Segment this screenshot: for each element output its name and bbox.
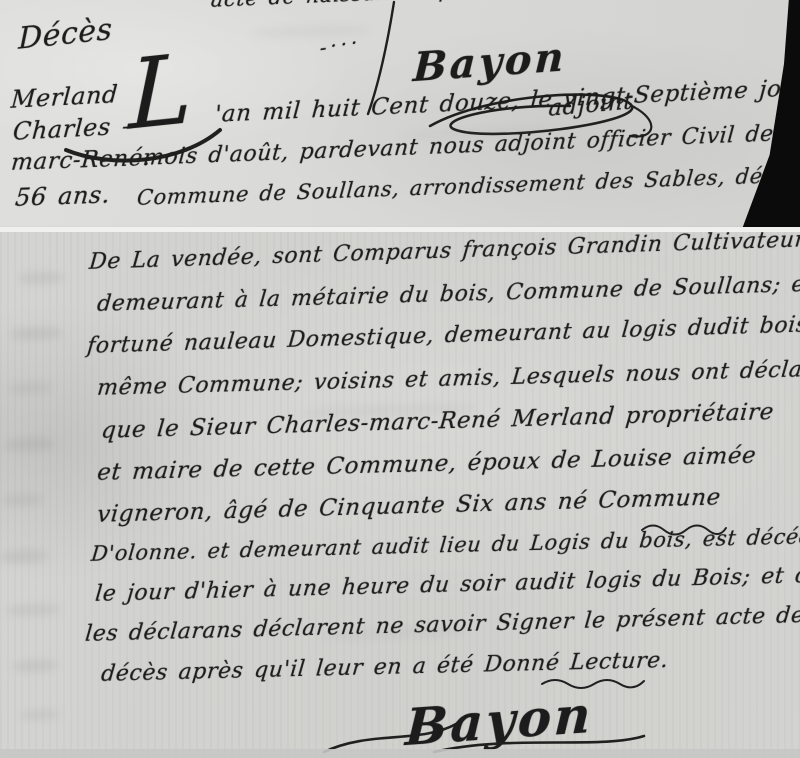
ink-bleed-smudge (6, 603, 60, 617)
ink-bleed-smudge (18, 271, 64, 285)
manuscript-line: même Commune; voisins et amis, Lesquels … (96, 357, 800, 401)
ink-bleed-smudge (10, 326, 62, 341)
manuscript-line: et maire de cette Commune, époux de Loui… (96, 443, 758, 486)
margin-line: 56 ans. (14, 181, 111, 212)
scanned-document-page: acte de naissance après que lecture leur… (0, 0, 800, 758)
manuscript-line: le jour d'hier à une heure du soir audit… (94, 563, 800, 607)
manuscript-line: vigneron, âgé de Cinquante Six ans né Co… (96, 485, 722, 528)
bottom-fragment: De La vendée, sont Comparus françois Gra… (0, 232, 800, 758)
ink-bleed-smudge (20, 709, 60, 720)
page-edge-shadow (720, 0, 800, 228)
scan-edge-strip (0, 749, 800, 758)
manuscript-line: demeurant à la métairie du bois, Commune… (96, 272, 800, 317)
ink-bleed-smudge (4, 437, 54, 452)
manuscript-line: les déclarans déclarent ne savoir Signer… (84, 603, 800, 647)
official-signature-top: Bayon (412, 33, 568, 91)
ink-bleed-smudge (0, 549, 48, 564)
ink-bleed-smudge (8, 381, 52, 395)
manuscript-line: fortuné nauleau Domestique, demeurant au… (86, 313, 800, 359)
line-filler-squiggle (640, 518, 730, 538)
top-fragment: acte de naissance après que lecture leur… (0, 0, 800, 228)
manuscript-line: De La vendée, sont Comparus françois Gra… (88, 232, 800, 275)
margin-line: Décès (18, 12, 113, 57)
manuscript-line-cut: acte de naissance après que lecture leur… (210, 0, 747, 12)
margin-line: Merland (10, 80, 119, 114)
ink-bleed-smudge (12, 659, 58, 673)
ink-bleed-smudge (2, 493, 44, 506)
